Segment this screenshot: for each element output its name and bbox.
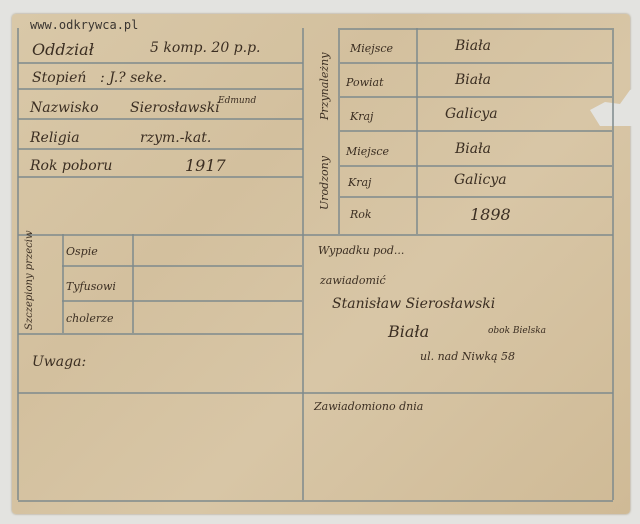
rule <box>416 28 418 234</box>
rule <box>340 130 612 132</box>
field-name-annotation: Edmund <box>218 96 256 106</box>
notify-name: Stanisław Sierosławski <box>332 296 495 312</box>
group-label-belongs: Przynależny <box>318 53 331 120</box>
rule <box>340 196 612 198</box>
rule <box>18 392 613 394</box>
rule <box>340 62 612 64</box>
birth-row-label: Kraj <box>348 176 371 189</box>
notify-street: ul. nad Niwką 58 <box>420 350 515 363</box>
rule <box>62 265 302 267</box>
rule <box>18 234 613 236</box>
rule <box>132 234 134 333</box>
birth-row-value: Galicya <box>454 172 507 188</box>
vaccination-group-label: Szczepiony przeciw <box>24 235 35 330</box>
field-unit-label: Oddział <box>32 40 94 59</box>
remarks-label: Uwaga: <box>32 354 86 370</box>
vaccination-row-label: Tyfusowi <box>66 280 116 293</box>
birth-row-value: 1898 <box>470 205 511 224</box>
rule <box>340 165 612 167</box>
rule <box>340 96 612 98</box>
rule <box>18 500 613 502</box>
vaccination-row-label: cholerze <box>66 312 113 325</box>
birth-row-value: Biała <box>455 141 491 157</box>
birth-row-label: Miejsce <box>350 42 393 55</box>
field-religion-label: Religia <box>30 130 80 146</box>
rule <box>18 148 303 150</box>
notify-note: obok Bielska <box>488 326 546 336</box>
field-unit-value: 5 komp. 20 p.p. <box>150 40 261 56</box>
notified-date-label: Zawiadomiono dnia <box>314 400 423 413</box>
field-rank-value: : J.? seke. <box>100 70 167 86</box>
group-label-born: Urodzony <box>318 156 331 210</box>
field-surname-label: Nazwisko <box>30 100 99 116</box>
vaccination-row-label: Ospie <box>66 245 98 258</box>
field-surname-value: Sierosławski <box>130 100 220 116</box>
rule <box>18 88 303 90</box>
birth-row-label: Rok <box>350 208 372 221</box>
birth-row-label: Miejsce <box>346 145 389 158</box>
birth-row-label: Kraj <box>350 110 373 123</box>
rule <box>62 234 64 333</box>
field-draft-year-value: 1917 <box>185 156 226 175</box>
rule <box>17 28 19 500</box>
rule <box>612 28 614 500</box>
birth-row-label: Powiat <box>346 76 384 89</box>
rule <box>18 176 303 178</box>
birth-row-value: Biała <box>455 38 491 54</box>
rule <box>338 28 340 234</box>
notify-heading: Wypadku pod... <box>318 244 404 257</box>
birth-row-value: Galicya <box>445 106 498 122</box>
birth-row-value: Biała <box>455 72 491 88</box>
rule <box>302 28 304 500</box>
rule <box>62 300 302 302</box>
notify-place: Biała <box>388 322 429 341</box>
rule <box>340 28 612 30</box>
field-rank-label: Stopień <box>32 70 86 86</box>
rule <box>18 62 303 64</box>
field-draft-year-label: Rok poboru <box>30 158 112 174</box>
watermark: www.odkrywca.pl <box>30 18 138 32</box>
rule <box>18 118 303 120</box>
notify-label: zawiadomić <box>320 274 386 287</box>
rule <box>18 333 303 335</box>
field-religion-value: rzym.-kat. <box>140 130 211 146</box>
